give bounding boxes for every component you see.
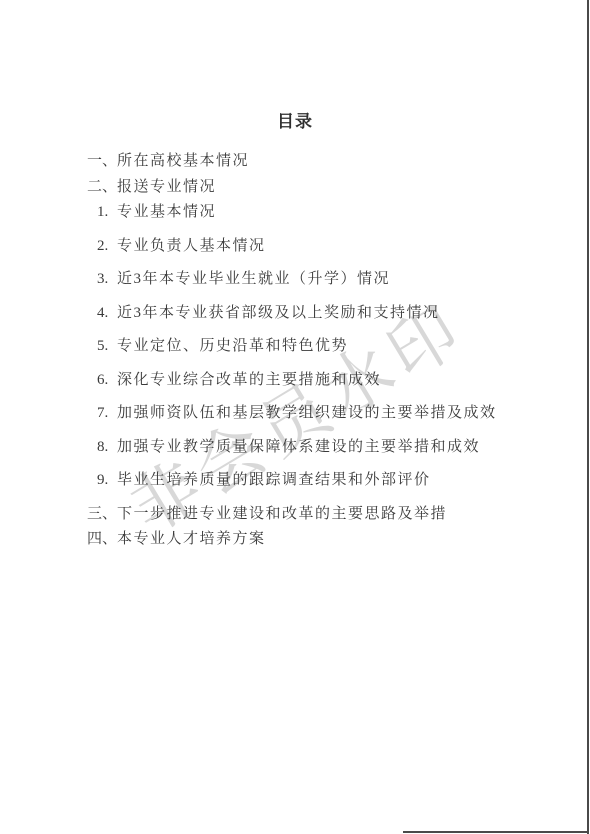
toc-entry: 四、本专业人才培养方案 [0,531,590,548]
toc-entry-number: 6. [97,372,117,389]
toc-entry: 三、下一步推进专业建设和改革的主要思路及举措 [0,506,590,523]
toc-entry: 6.深化专业综合改革的主要措施和成效 [0,372,590,389]
toc-entry: 二、报送专业情况 [0,179,590,196]
toc-entry: 2.专业负责人基本情况 [0,238,590,255]
toc-entry: 3.近3年本专业毕业生就业（升学）情况 [0,271,590,288]
toc-entry-number: 四、 [87,531,117,548]
toc-entry-text: 所在高校基本情况 [117,153,249,169]
toc-entry-number: 一、 [87,153,117,170]
table-of-contents: 一、所在高校基本情况 二、报送专业情况 1.专业基本情况 2.专业负责人基本情况… [0,153,590,548]
toc-entry-text: 专业负责人基本情况 [117,238,266,254]
document-page: 非会员水印 目录 一、所在高校基本情况 二、报送专业情况 1.专业基本情况 2.… [0,0,590,834]
toc-entry-number: 3. [97,271,117,288]
toc-entry-text: 专业基本情况 [117,204,216,220]
toc-entry-number: 7. [97,405,117,422]
page-title: 目录 [0,112,590,132]
toc-entry-number: 2. [97,238,117,255]
toc-entry-text: 加强师资队伍和基层教学组织建设的主要举措及成效 [117,405,497,421]
toc-entry-text: 加强专业教学质量保障体系建设的主要举措和成效 [117,439,480,455]
toc-entry: 5.专业定位、历史沿革和特色优势 [0,338,590,355]
toc-entry-number: 1. [97,204,117,221]
toc-entry: 1.专业基本情况 [0,204,590,221]
toc-entry-text: 深化专业综合改革的主要措施和成效 [117,372,381,388]
toc-entry-number: 8. [97,439,117,456]
toc-page-content: 目录 一、所在高校基本情况 二、报送专业情况 1.专业基本情况 2.专业负责人基… [0,112,590,548]
toc-entry-text: 毕业生培养质量的跟踪调查结果和外部评价 [117,472,431,488]
toc-entry-number: 4. [97,305,117,322]
toc-entry-text: 本专业人才培养方案 [117,531,266,547]
toc-entry: 7.加强师资队伍和基层教学组织建设的主要举措及成效 [0,405,590,422]
toc-entry: 4.近3年本专业获省部级及以上奖励和支持情况 [0,305,590,322]
toc-entry-text: 专业定位、历史沿革和特色优势 [117,338,348,354]
toc-entry-number: 三、 [87,506,117,523]
page-edge-right [587,0,589,834]
toc-entry-number: 5. [97,338,117,355]
toc-entry-text: 下一步推进专业建设和改革的主要思路及举措 [117,506,447,522]
toc-entry-number: 9. [97,472,117,489]
toc-entry-number: 二、 [87,179,117,196]
toc-entry-text: 近3年本专业毕业生就业（升学）情况 [117,271,390,287]
toc-entry-text: 报送专业情况 [117,179,216,195]
page-edge-bottom [403,831,589,833]
toc-entry: 9.毕业生培养质量的跟踪调查结果和外部评价 [0,472,590,489]
toc-entry: 一、所在高校基本情况 [0,153,590,170]
toc-entry-text: 近3年本专业获省部级及以上奖励和支持情况 [117,305,440,321]
toc-entry: 8.加强专业教学质量保障体系建设的主要举措和成效 [0,439,590,456]
